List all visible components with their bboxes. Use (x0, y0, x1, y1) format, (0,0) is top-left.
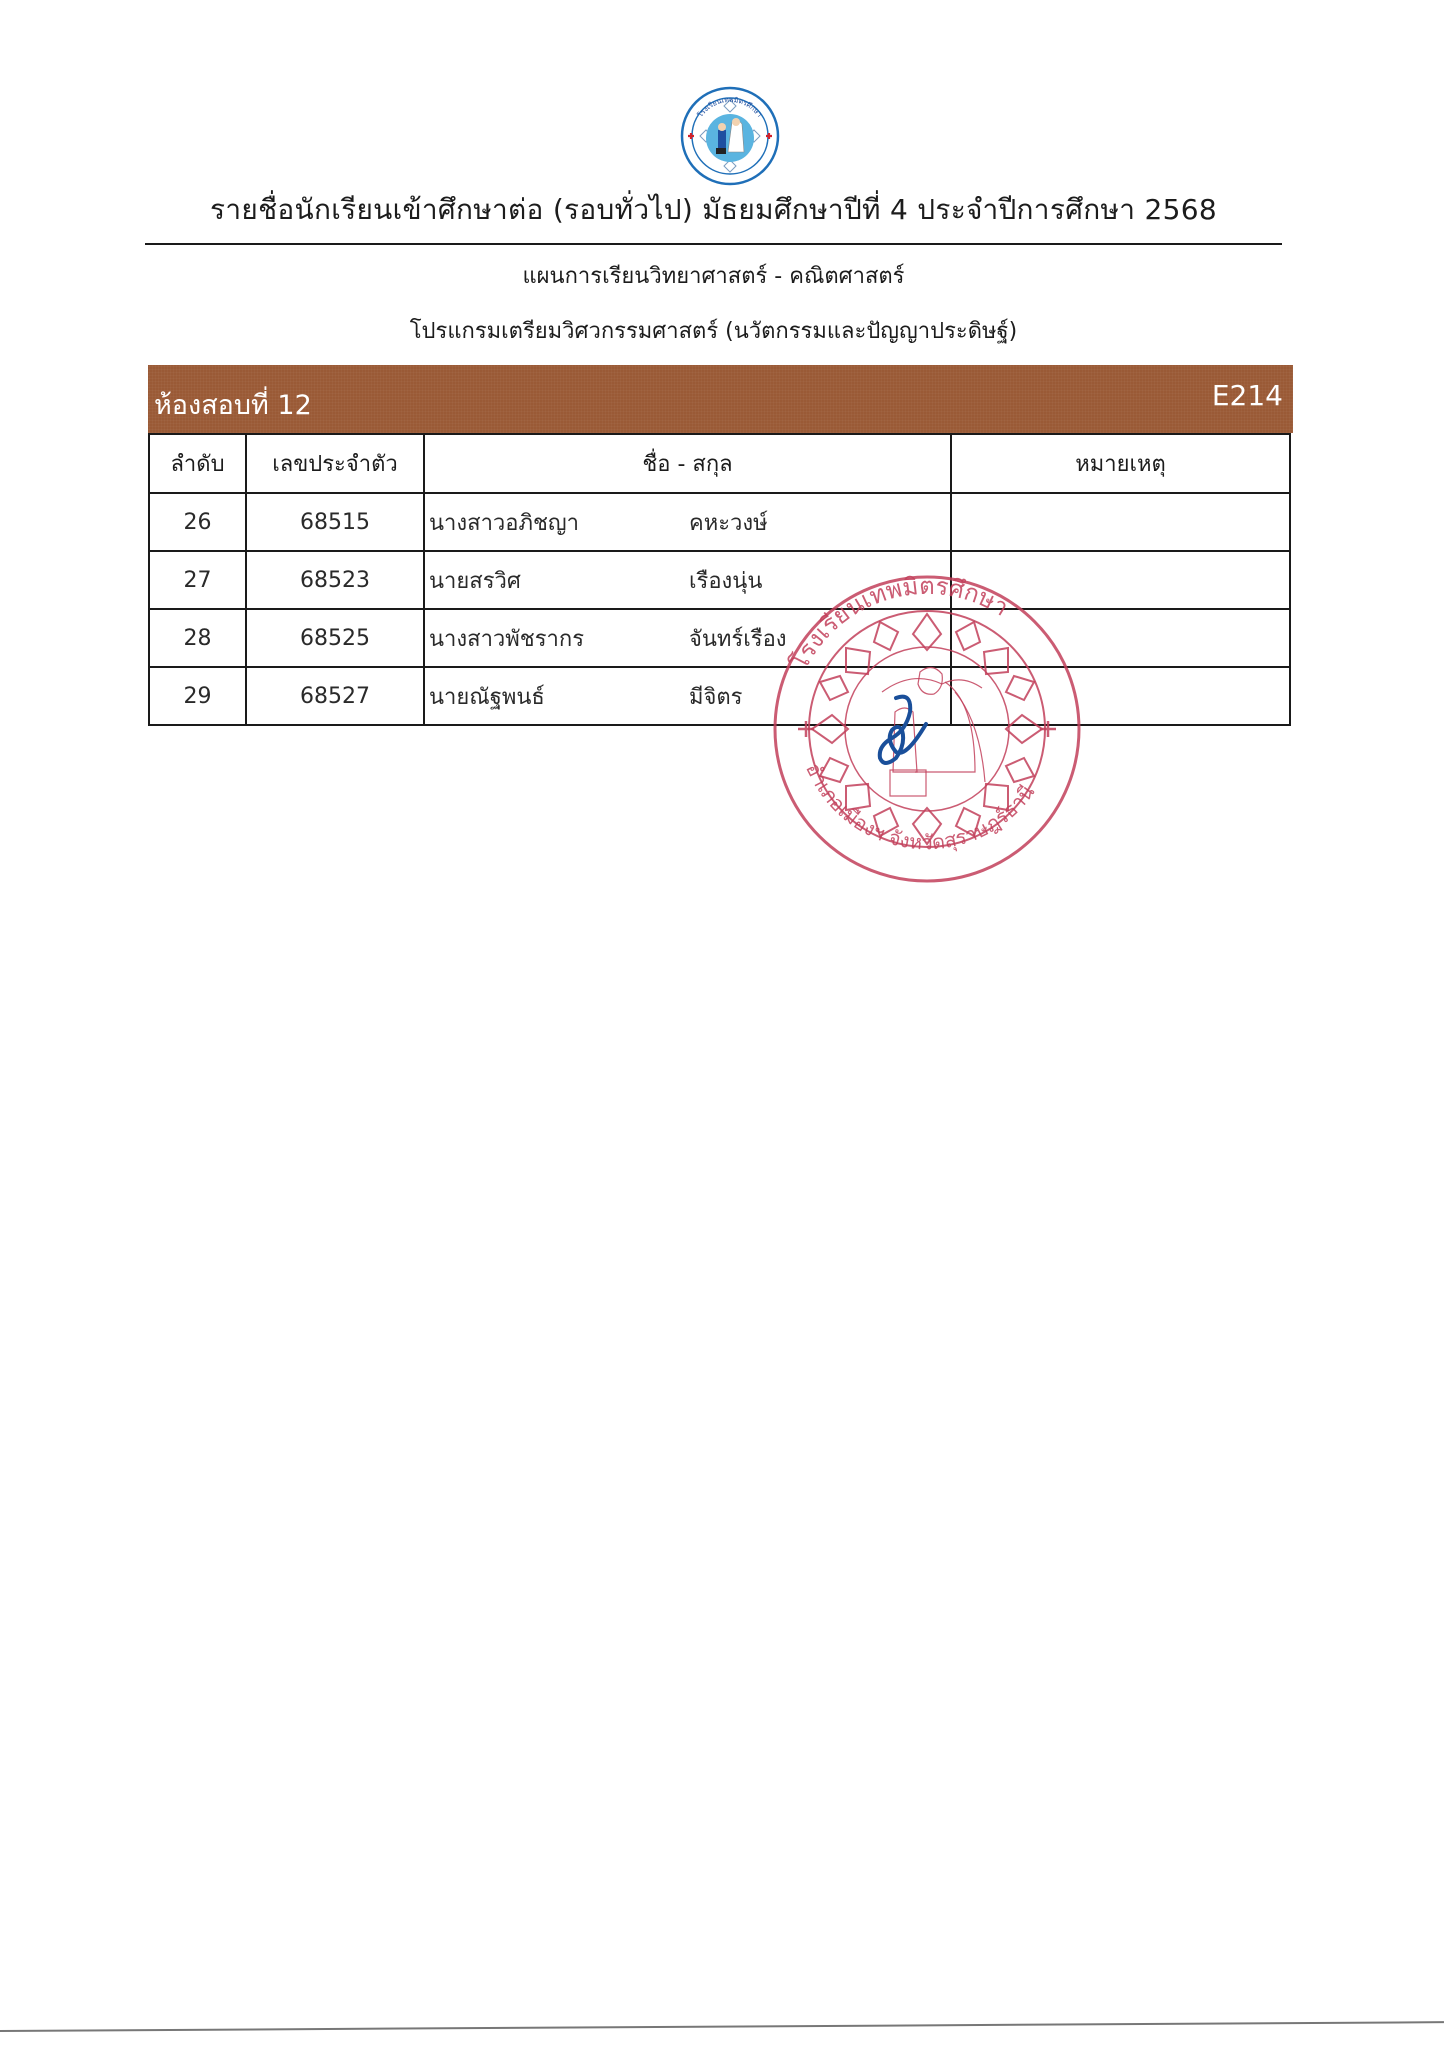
row-student-id: 68515 (246, 493, 424, 551)
table-header-row: ลำดับ เลขประจำตัว ชื่อ - สกุล หมายเหตุ (149, 434, 1290, 493)
row-remarks (951, 667, 1290, 725)
scan-edge-line (0, 2021, 1444, 2032)
row-name: นายสรวิศเรืองนุ่น (424, 551, 951, 609)
exam-room-code: E214 (1212, 379, 1283, 412)
row-no: 27 (149, 551, 246, 609)
row-student-id: 68523 (246, 551, 424, 609)
row-no: 29 (149, 667, 246, 725)
row-remarks (951, 609, 1290, 667)
program-heading: โปรแกรมเตรียมวิศวกรรมศาสตร์ (นวัตกรรมและ… (145, 313, 1282, 348)
school-emblem-icon: โรงเรียนเทพมิตรศึกษา (680, 86, 780, 186)
table-row: 26 68515 นางสาวอภิชญาคหะวงษ์ (149, 493, 1290, 551)
last-name: เรืองนุ่น (689, 563, 762, 598)
header-no: ลำดับ (149, 434, 246, 493)
exam-room-bar: ห้องสอบที่ 12 E214 (148, 365, 1293, 433)
row-no: 26 (149, 493, 246, 551)
first-name: นางสาวอภิชญา (425, 505, 689, 540)
row-remarks (951, 493, 1290, 551)
last-name: มีจิตร (689, 679, 743, 714)
exam-room-label: ห้องสอบที่ 12 (154, 383, 312, 426)
table-row: 28 68525 นางสาวพัชรากรจันทร์เรือง (149, 609, 1290, 667)
header-name: ชื่อ - สกุล (424, 434, 951, 493)
table-row: 27 68523 นายสรวิศเรืองนุ่น (149, 551, 1290, 609)
row-name: นางสาวอภิชญาคหะวงษ์ (424, 493, 951, 551)
first-name: นายสรวิศ (425, 563, 689, 598)
svg-text:อำเภอเมืองฯ จังหวัดสุราษฎร์ธาน: อำเภอเมืองฯ จังหวัดสุราษฎร์ธานี (801, 759, 1039, 854)
header-remarks: หมายเหตุ (951, 434, 1290, 493)
row-student-id: 68527 (246, 667, 424, 725)
table-row: 29 68527 นายณัฐพนธ์มีจิตร (149, 667, 1290, 725)
row-name: นายณัฐพนธ์มีจิตร (424, 667, 951, 725)
row-no: 28 (149, 609, 246, 667)
row-student-id: 68525 (246, 609, 424, 667)
student-roster-table: ลำดับ เลขประจำตัว ชื่อ - สกุล หมายเหตุ 2… (148, 433, 1291, 726)
first-name: นางสาวพัชรากร (425, 621, 689, 656)
row-name: นางสาวพัชรากรจันทร์เรือง (424, 609, 951, 667)
last-name: คหะวงษ์ (689, 505, 768, 540)
header-student-id: เลขประจำตัว (246, 434, 424, 493)
row-remarks (951, 551, 1290, 609)
study-plan-heading: แผนการเรียนวิทยาศาสตร์ - คณิตศาสตร์ (145, 258, 1282, 293)
first-name: นายณัฐพนธ์ (425, 679, 689, 714)
last-name: จันทร์เรือง (689, 621, 787, 656)
page-title: รายชื่อนักเรียนเข้าศึกษาต่อ (รอบทั่วไป) … (145, 188, 1282, 232)
title-divider (145, 243, 1282, 245)
